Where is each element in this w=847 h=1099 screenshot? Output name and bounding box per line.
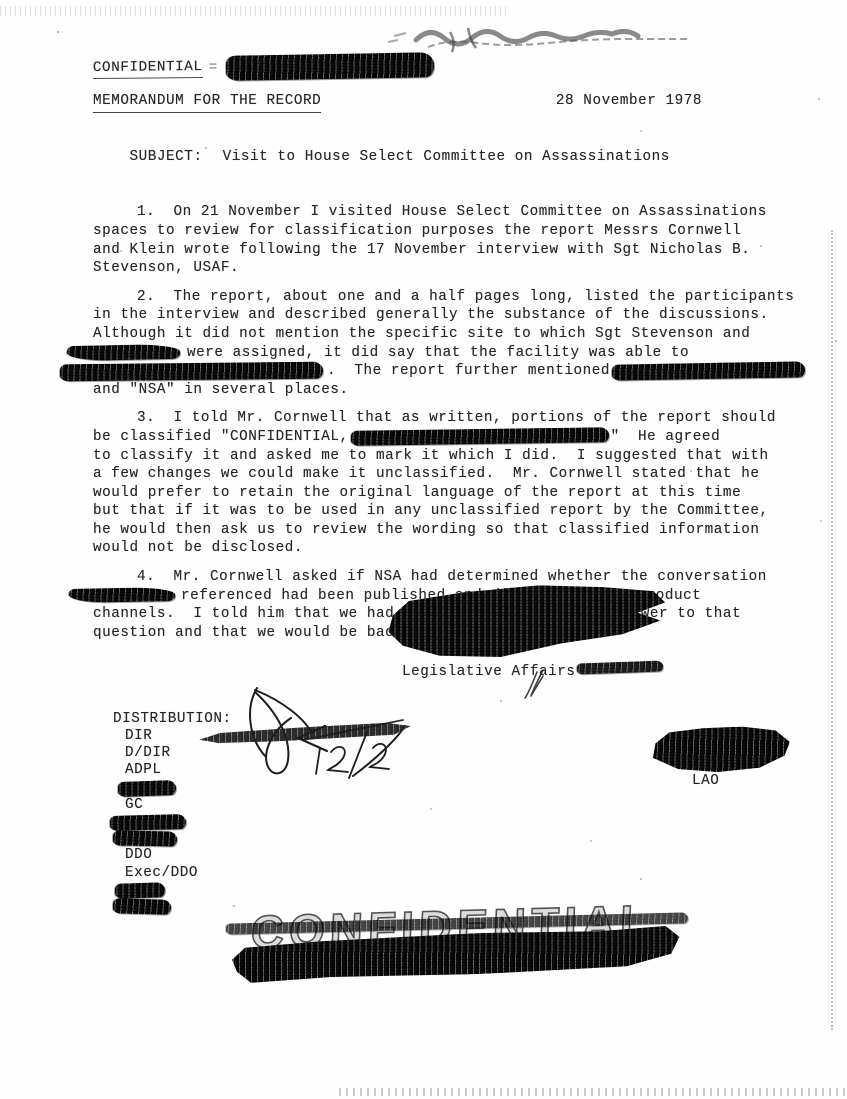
memo-text: " He agreed xyxy=(611,429,721,445)
memo-line: would not be disclosed. xyxy=(93,539,802,558)
memo-text: be classified "CONFIDENTIAL, xyxy=(93,429,349,445)
memo-line: and Klein wrote following the 17 Novembe… xyxy=(93,241,802,260)
memo-line: 3. I told Mr. Cornwell that as written, … xyxy=(93,409,802,428)
ink-smudge xyxy=(388,14,718,56)
classification-header: CONFIDENTIAL= xyxy=(93,54,802,80)
redaction-blob xyxy=(612,361,805,380)
redaction-blob xyxy=(60,362,323,382)
memo-line: Stevenson, USAF. xyxy=(93,259,802,278)
paragraph-3: 3. I told Mr. Cornwell that as written, … xyxy=(93,409,802,558)
redaction-blob-signature xyxy=(386,579,667,667)
redaction-blob-codeword xyxy=(226,52,434,81)
redaction-blob xyxy=(67,343,180,360)
memo-line: in the interview and described generally… xyxy=(93,306,802,325)
lao-label: LAO xyxy=(650,773,800,789)
paragraph-2: 2. The report, about one and a half page… xyxy=(93,288,802,400)
classification-marking: CONFIDENTIAL xyxy=(93,59,203,79)
memo-line: would prefer to retain the original lang… xyxy=(93,484,802,503)
memo-line: Although it did not mention the specific… xyxy=(93,325,802,344)
distribution-item-execddo: Exec/DDO xyxy=(113,865,373,882)
memo-date: 28 November 1978 xyxy=(556,92,702,111)
memo-line: 1. On 21 November I visited House Select… xyxy=(93,203,802,222)
memo-title-row: MEMORANDUM FOR THE RECORD 28 November 19… xyxy=(93,92,802,113)
redaction-blob xyxy=(351,427,609,446)
distribution-item-ddo: DDO xyxy=(113,847,373,864)
memo-line: to classify it and asked me to mark it w… xyxy=(93,447,802,466)
scan-edge-dots xyxy=(831,230,833,1030)
memo-line-redacted: . The report further mentioned xyxy=(93,362,802,381)
classification-stamp: CONFIDENTIAL xyxy=(252,904,712,1004)
scan-noise-bottom xyxy=(339,1088,847,1096)
memo-line: spaces to review for classification purp… xyxy=(93,222,802,241)
redaction-blob xyxy=(113,898,171,915)
memo-page: CONFIDENTIAL= MEMORANDUM FOR THE RECORD … xyxy=(0,0,847,1099)
subject-text: Visit to House Select Committee on Assas… xyxy=(223,149,670,165)
memo-line: he would then ask us to review the wordi… xyxy=(93,521,802,540)
signature-block: Legislative Affairs xyxy=(388,586,688,680)
paragraph-1: 1. On 21 November I visited House Select… xyxy=(93,203,802,277)
classification-separator: = xyxy=(209,60,218,76)
memo-line-redacted: be classified "CONFIDENTIAL," He agreed xyxy=(93,428,802,447)
memo-line-redacted: were assigned, it did say that the facil… xyxy=(93,344,802,363)
subject-row: SUBJECT:Visit to House Select Committee … xyxy=(93,130,802,186)
memo-line: 4. Mr. Cornwell asked if NSA had determi… xyxy=(93,568,802,587)
redaction-blob xyxy=(110,814,186,831)
redaction-blob xyxy=(118,780,176,797)
scan-specks xyxy=(0,0,2,2)
memo-text: . The report further mentioned xyxy=(327,363,610,379)
memo-text: were assigned, it did say that the facil… xyxy=(187,345,689,361)
memo-line: and "NSA" in several places. xyxy=(93,381,802,400)
memo-body: 1. On 21 November I visited House Select… xyxy=(93,203,802,642)
memo-line: a few changes we could make it unclassif… xyxy=(93,465,802,484)
subject-label: SUBJECT: xyxy=(130,149,203,165)
redaction-blob-lao xyxy=(650,726,791,773)
lao-block: LAO xyxy=(650,727,800,789)
redaction-blob xyxy=(69,587,175,603)
redaction-blob xyxy=(115,882,165,899)
memo-line: but that if it was to be used in any unc… xyxy=(93,502,802,521)
redaction-blob xyxy=(113,831,177,847)
memo-title: MEMORANDUM FOR THE RECORD xyxy=(93,92,321,113)
memo-line: 2. The report, about one and a half page… xyxy=(93,288,802,307)
